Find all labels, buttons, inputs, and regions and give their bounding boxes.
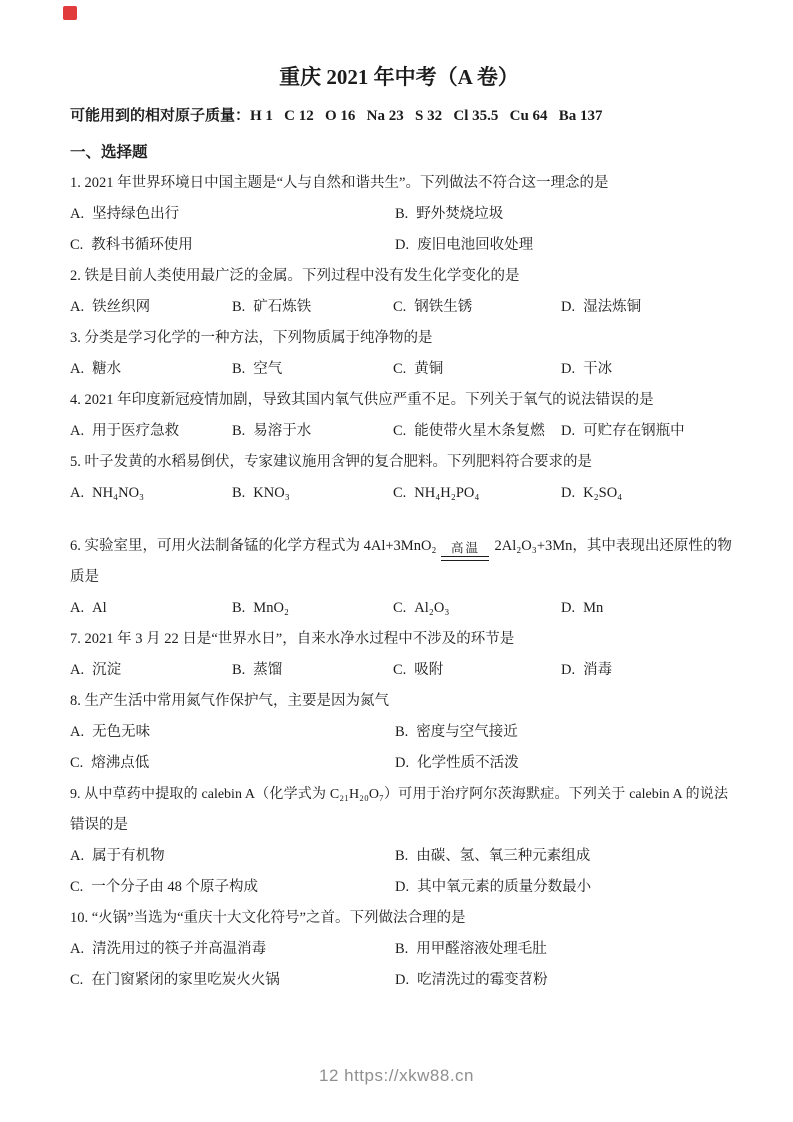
question-5-option-b: B.KNO₃ bbox=[232, 478, 393, 509]
option-text: 其中氧元素的质量分数最小 bbox=[417, 879, 591, 895]
option-label: A. bbox=[70, 423, 84, 439]
option-text: 一个分子由 48 个原子构成 bbox=[91, 879, 258, 895]
question-7-option-a: A.沉淀 bbox=[70, 655, 232, 686]
option-label: B. bbox=[232, 361, 245, 377]
option-label: C. bbox=[70, 879, 83, 895]
option-text: 干冰 bbox=[583, 361, 612, 377]
question-3-option-a: A.糖水 bbox=[70, 354, 232, 385]
question-2-option-c: C.钢铁生锈 bbox=[393, 292, 561, 323]
question-3: 3. 分类是学习化学的一种方法，下列物质属于纯净物的是 A.糖水 B.空气 C.… bbox=[70, 323, 728, 385]
question-4-option-b: B.易溶于水 bbox=[232, 416, 393, 447]
question-5-stem: 5. 叶子发黄的水稻易倒伏，专家建议施用含钾的复合肥料。下列肥料符合要求的是 bbox=[70, 447, 728, 478]
question-10-options: A.清洗用过的筷子并高温消毒 B.用甲醛溶液处理毛肚 C.在门窗紧闭的家里吃炭火… bbox=[70, 934, 728, 996]
option-text: 糖水 bbox=[92, 361, 121, 377]
option-label: C. bbox=[70, 755, 83, 771]
option-label: C. bbox=[393, 485, 406, 501]
option-label: D. bbox=[395, 972, 409, 988]
question-5-option-a: A.NH₄NO₃ bbox=[70, 478, 232, 509]
option-label: C. bbox=[393, 662, 406, 678]
question-4-stem: 4. 2021 年印度新冠疫情加剧，导致其国内氧气供应严重不足。下列关于氧气的说… bbox=[70, 385, 728, 416]
option-label: A. bbox=[70, 848, 84, 864]
equation-lhs: 6. 实验室里，可用火法制备锰的化学方程式为 4Al+3MnO₂ bbox=[70, 538, 436, 554]
question-10-option-a: A.清洗用过的筷子并高温消毒 bbox=[70, 934, 395, 965]
question-8-stem: 8. 生产生活中常用氮气作保护气，主要是因为氮气 bbox=[70, 686, 728, 717]
question-9-stem-continuation: 错误的是 bbox=[70, 810, 728, 841]
question-6-options: A.Al B.MnO₂ C.Al₂O₃ D.Mn bbox=[70, 593, 728, 624]
option-text: 吃清洗过的霉变苕粉 bbox=[417, 972, 548, 988]
page-title: 重庆 2021 年中考（A 卷） bbox=[70, 58, 728, 96]
option-text: Mn bbox=[583, 600, 603, 616]
equation-rhs: 2Al₂O₃+3Mn，其中表现出还原性的物 bbox=[494, 538, 731, 554]
option-label: C. bbox=[393, 361, 406, 377]
exam-paper-page: 重庆 2021 年中考（A 卷） 可能用到的相对原子质量：H 1 C 12 O … bbox=[0, 0, 793, 1122]
option-text: 用甲醛溶液处理毛肚 bbox=[416, 941, 547, 957]
option-label: C. bbox=[393, 600, 406, 616]
option-text: 无色无味 bbox=[92, 724, 150, 740]
option-text: 黄铜 bbox=[414, 361, 443, 377]
option-text: 化学性质不活泼 bbox=[417, 755, 519, 771]
option-label: D. bbox=[561, 361, 575, 377]
option-label: B. bbox=[232, 600, 245, 616]
question-2: 2. 铁是目前人类使用最广泛的金属。下列过程中没有发生化学变化的是 A.铁丝织网… bbox=[70, 261, 728, 323]
question-3-stem: 3. 分类是学习化学的一种方法，下列物质属于纯净物的是 bbox=[70, 323, 728, 354]
option-text: 矿石炼铁 bbox=[253, 299, 311, 315]
option-text: 湿法炼铜 bbox=[583, 299, 641, 315]
option-label: D. bbox=[395, 237, 409, 253]
option-label: A. bbox=[70, 485, 84, 501]
option-text: KNO₃ bbox=[253, 485, 289, 501]
option-text: 熔沸点低 bbox=[91, 755, 149, 771]
question-5-option-c: C.NH₄H₂PO₄ bbox=[393, 478, 561, 509]
question-9-option-b: B.由碳、氢、氧三种元素组成 bbox=[395, 841, 728, 872]
option-text: 由碳、氢、氧三种元素组成 bbox=[416, 848, 590, 864]
option-label: D. bbox=[561, 485, 575, 501]
option-text: 清洗用过的筷子并高温消毒 bbox=[92, 941, 266, 957]
question-2-option-a: A.铁丝织网 bbox=[70, 292, 232, 323]
question-7-options: A.沉淀 B.蒸馏 C.吸附 D.消毒 bbox=[70, 655, 728, 686]
question-6-option-a: A.Al bbox=[70, 593, 232, 624]
option-text: 密度与空气接近 bbox=[416, 724, 518, 740]
option-text: 空气 bbox=[253, 361, 282, 377]
question-1-stem: 1. 2021 年世界环境日中国主题是“人与自然和谐共生”。下列做法不符合这一理… bbox=[70, 168, 728, 199]
option-label: D. bbox=[561, 600, 575, 616]
question-8-option-d: D.化学性质不活泼 bbox=[395, 748, 728, 779]
question-4-option-d: D.可贮存在钢瓶中 bbox=[561, 416, 728, 447]
option-text: NH₄NO₃ bbox=[92, 485, 144, 501]
option-text: 易溶于水 bbox=[253, 423, 311, 439]
footer-watermark: 12 https://xkw88.cn bbox=[0, 1066, 793, 1086]
question-1-option-c: C.教科书循环使用 bbox=[70, 230, 395, 261]
option-text: 铁丝织网 bbox=[92, 299, 150, 315]
option-text: 野外焚烧垃圾 bbox=[416, 206, 503, 222]
atomic-mass-line: 可能用到的相对原子质量：H 1 C 12 O 16 Na 23 S 32 Cl … bbox=[70, 101, 728, 132]
question-5-options: A.NH₄NO₃ B.KNO₃ C.NH₄H₂PO₄ D.K₂SO₄ bbox=[70, 478, 728, 509]
paper-content: 重庆 2021 年中考（A 卷） 可能用到的相对原子质量：H 1 C 12 O … bbox=[0, 0, 793, 996]
question-1-option-a: A.坚持绿色出行 bbox=[70, 199, 395, 230]
option-label: B. bbox=[395, 941, 408, 957]
option-text: 废旧电池回收处理 bbox=[417, 237, 533, 253]
question-9: 9. 从中草药中提取的 calebin A（化学式为 C₂₁H₂₀O₇）可用于治… bbox=[70, 779, 728, 903]
question-8: 8. 生产生活中常用氮气作保护气，主要是因为氮气 A.无色无味 B.密度与空气接… bbox=[70, 686, 728, 779]
option-text: MnO₂ bbox=[253, 600, 289, 616]
question-6-stem-continuation: 质是 bbox=[70, 562, 728, 593]
atomic-mass-values: H 1 C 12 O 16 Na 23 S 32 Cl 35.5 Cu 64 B… bbox=[250, 108, 603, 124]
option-text: NH₄H₂PO₄ bbox=[414, 485, 479, 501]
question-8-option-c: C.熔沸点低 bbox=[70, 748, 395, 779]
question-10-option-c: C.在门窗紧闭的家里吃炭火火锅 bbox=[70, 965, 395, 996]
question-1-option-d: D.废旧电池回收处理 bbox=[395, 230, 728, 261]
reaction-condition-equals-icon: 高温 bbox=[441, 540, 489, 561]
option-label: A. bbox=[70, 600, 84, 616]
question-9-option-a: A.属于有机物 bbox=[70, 841, 395, 872]
option-label: A. bbox=[70, 724, 84, 740]
option-label: D. bbox=[561, 423, 575, 439]
question-4-option-a: A.用于医疗急救 bbox=[70, 416, 232, 447]
option-label: D. bbox=[561, 299, 575, 315]
question-3-option-b: B.空气 bbox=[232, 354, 393, 385]
option-text: 钢铁生锈 bbox=[414, 299, 472, 315]
question-6-option-c: C.Al₂O₃ bbox=[393, 593, 561, 624]
option-text: 消毒 bbox=[583, 662, 612, 678]
question-7: 7. 2021 年 3 月 22 日是“世界水日”，自来水净水过程中不涉及的环节… bbox=[70, 624, 728, 686]
option-text: Al₂O₃ bbox=[414, 600, 449, 616]
question-6-option-d: D.Mn bbox=[561, 593, 728, 624]
question-6: 6. 实验室里，可用火法制备锰的化学方程式为 4Al+3MnO₂高温2Al₂O₃… bbox=[70, 509, 728, 624]
option-label: A. bbox=[70, 206, 84, 222]
option-text: 可贮存在钢瓶中 bbox=[583, 423, 685, 439]
option-label: B. bbox=[232, 299, 245, 315]
question-7-stem: 7. 2021 年 3 月 22 日是“世界水日”，自来水净水过程中不涉及的环节… bbox=[70, 624, 728, 655]
option-text: 沉淀 bbox=[92, 662, 121, 678]
question-4-option-c: C.能使带火星木条复燃 bbox=[393, 416, 561, 447]
question-3-options: A.糖水 B.空气 C.黄铜 D.干冰 bbox=[70, 354, 728, 385]
question-6-stem: 6. 实验室里，可用火法制备锰的化学方程式为 4Al+3MnO₂高温2Al₂O₃… bbox=[70, 509, 728, 562]
question-9-stem: 9. 从中草药中提取的 calebin A（化学式为 C₂₁H₂₀O₇）可用于治… bbox=[70, 779, 728, 810]
question-7-option-b: B.蒸馏 bbox=[232, 655, 393, 686]
section-title: 一、选择题 bbox=[70, 137, 728, 168]
question-1: 1. 2021 年世界环境日中国主题是“人与自然和谐共生”。下列做法不符合这一理… bbox=[70, 168, 728, 261]
question-4: 4. 2021 年印度新冠疫情加剧，导致其国内氧气供应严重不足。下列关于氧气的说… bbox=[70, 385, 728, 447]
question-9-option-d: D.其中氧元素的质量分数最小 bbox=[395, 872, 728, 903]
option-label: C. bbox=[393, 299, 406, 315]
option-label: C. bbox=[70, 972, 83, 988]
question-9-options: A.属于有机物 B.由碳、氢、氧三种元素组成 C.一个分子由 48 个原子构成 … bbox=[70, 841, 728, 903]
question-2-stem: 2. 铁是目前人类使用最广泛的金属。下列过程中没有发生化学变化的是 bbox=[70, 261, 728, 292]
option-label: A. bbox=[70, 299, 84, 315]
option-text: K₂SO₄ bbox=[583, 485, 622, 501]
option-text: 在门窗紧闭的家里吃炭火火锅 bbox=[91, 972, 280, 988]
question-1-option-b: B.野外焚烧垃圾 bbox=[395, 199, 728, 230]
question-9-option-c: C.一个分子由 48 个原子构成 bbox=[70, 872, 395, 903]
option-label: D. bbox=[395, 879, 409, 895]
question-8-options: A.无色无味 B.密度与空气接近 C.熔沸点低 D.化学性质不活泼 bbox=[70, 717, 728, 779]
option-label: A. bbox=[70, 941, 84, 957]
question-7-option-c: C.吸附 bbox=[393, 655, 561, 686]
atomic-mass-label: 可能用到的相对原子质量： bbox=[70, 108, 250, 124]
option-text: 吸附 bbox=[414, 662, 443, 678]
question-4-options: A.用于医疗急救 B.易溶于水 C.能使带火星木条复燃 D.可贮存在钢瓶中 bbox=[70, 416, 728, 447]
option-label: C. bbox=[393, 423, 406, 439]
question-10: 10. “火锅”当选为“重庆十大文化符号”之首。下列做法合理的是 A.清洗用过的… bbox=[70, 903, 728, 996]
question-10-option-d: D.吃清洗过的霉变苕粉 bbox=[395, 965, 728, 996]
question-2-option-b: B.矿石炼铁 bbox=[232, 292, 393, 323]
option-label: B. bbox=[395, 206, 408, 222]
option-label: C. bbox=[70, 237, 83, 253]
option-label: B. bbox=[395, 848, 408, 864]
option-label: A. bbox=[70, 361, 84, 377]
option-text: 坚持绿色出行 bbox=[92, 206, 179, 222]
option-label: B. bbox=[395, 724, 408, 740]
question-10-option-b: B.用甲醛溶液处理毛肚 bbox=[395, 934, 728, 965]
question-8-option-a: A.无色无味 bbox=[70, 717, 395, 748]
question-5-option-d: D.K₂SO₄ bbox=[561, 478, 728, 509]
option-text: 教科书循环使用 bbox=[91, 237, 193, 253]
question-2-option-d: D.湿法炼铜 bbox=[561, 292, 728, 323]
option-text: 蒸馏 bbox=[253, 662, 282, 678]
question-3-option-c: C.黄铜 bbox=[393, 354, 561, 385]
option-label: D. bbox=[561, 662, 575, 678]
question-7-option-d: D.消毒 bbox=[561, 655, 728, 686]
question-10-stem: 10. “火锅”当选为“重庆十大文化符号”之首。下列做法合理的是 bbox=[70, 903, 728, 934]
option-text: 用于医疗急救 bbox=[92, 423, 179, 439]
option-label: B. bbox=[232, 423, 245, 439]
option-text: 属于有机物 bbox=[92, 848, 165, 864]
option-text: Al bbox=[92, 600, 107, 616]
question-6-option-b: B.MnO₂ bbox=[232, 593, 393, 624]
question-2-options: A.铁丝织网 B.矿石炼铁 C.钢铁生锈 D.湿法炼铜 bbox=[70, 292, 728, 323]
option-text: 能使带火星木条复燃 bbox=[414, 423, 545, 439]
option-label: B. bbox=[232, 662, 245, 678]
question-3-option-d: D.干冰 bbox=[561, 354, 728, 385]
reaction-condition: 高温 bbox=[441, 540, 489, 556]
double-bar-icon bbox=[441, 556, 489, 561]
option-label: D. bbox=[395, 755, 409, 771]
option-label: A. bbox=[70, 662, 84, 678]
red-marker-icon bbox=[63, 6, 77, 20]
option-label: B. bbox=[232, 485, 245, 501]
question-1-options: A.坚持绿色出行 B.野外焚烧垃圾 C.教科书循环使用 D.废旧电池回收处理 bbox=[70, 199, 728, 261]
question-8-option-b: B.密度与空气接近 bbox=[395, 717, 728, 748]
question-5: 5. 叶子发黄的水稻易倒伏，专家建议施用含钾的复合肥料。下列肥料符合要求的是 A… bbox=[70, 447, 728, 509]
